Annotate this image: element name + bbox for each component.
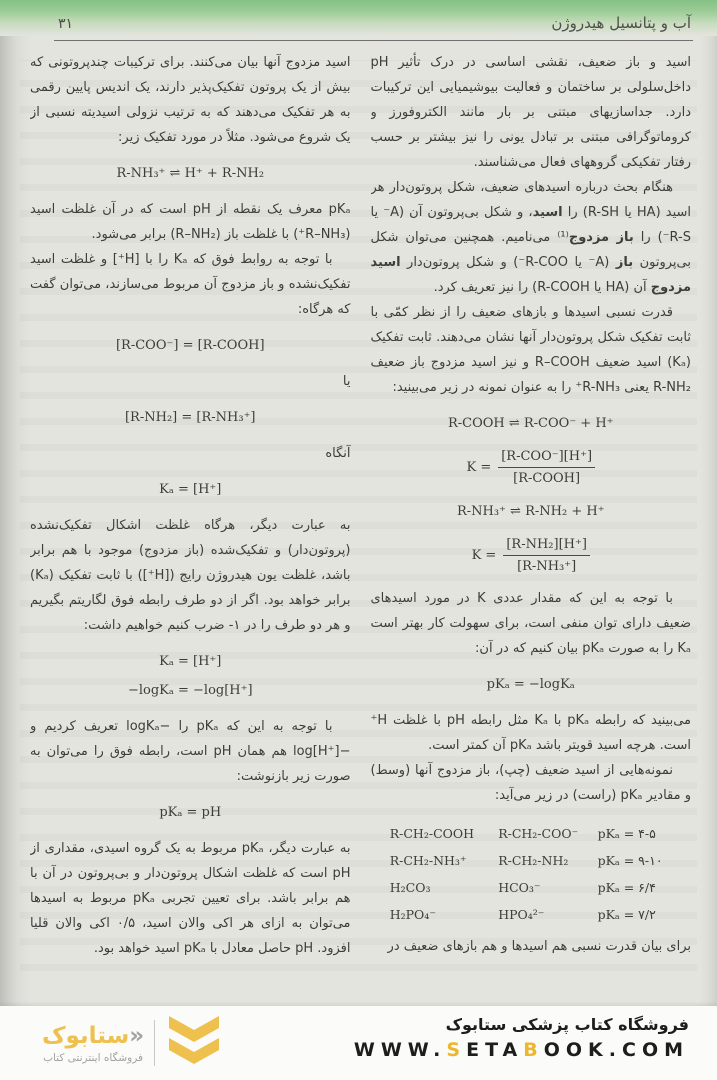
- acid-cell: R-CH₂-NH₃⁺: [390, 848, 498, 873]
- paragraph: می‌بینید که رابطه pKₐ با Kₐ مثل رابطه pH…: [371, 708, 692, 758]
- equation-k-cooh: K = [R-COO⁻][H⁺] [R-COOH]: [371, 447, 692, 488]
- logo-wordmark: «ستابوک: [42, 1023, 144, 1049]
- paragraph: اسید و باز ضعیف، نقشی اساسی در درک تأثیر…: [371, 50, 692, 175]
- paragraph: قدرت نسبی اسیدها و بازهای ضعیف را از نظر…: [371, 300, 692, 400]
- table-row: H₂PO₄⁻ HPO₄²⁻ pKₐ = ۷/۲: [390, 901, 691, 928]
- table-row: R-CH₂-COOH R-CH₂-COO⁻ pKₐ = ۴‎-‎۵: [390, 820, 691, 847]
- fraction-denominator: [R-COOH]: [498, 468, 595, 488]
- base-cell: HCO₃⁻: [498, 875, 597, 900]
- pka-cell: pKₐ = ۹‎-‎۱۰: [598, 848, 691, 873]
- acid-cell: H₂CO₃: [390, 875, 498, 900]
- paragraph: pKₐ معرف یک نقطه از pH است که در آن غلظت…: [30, 197, 351, 247]
- acid-cell: R-CH₂-COOH: [390, 821, 498, 846]
- paragraph: با توجه به روابط فوق که Kₐ را با [H⁺] و …: [30, 247, 351, 322]
- fraction-numerator: [R-COO⁻][H⁺]: [498, 447, 595, 468]
- base-cell: R-CH₂-NH₂: [498, 848, 597, 873]
- page-number: ٣١: [58, 16, 73, 32]
- table-row: R-CH₂-NH₃⁺ R-CH₂-NH₂ pKₐ = ۹‎-‎۱۰: [390, 847, 691, 874]
- page-body: اسید و باز ضعیف، نقشی اساسی در درک تأثیر…: [30, 50, 691, 1002]
- equation-lhs: K =: [466, 455, 491, 480]
- setabook-logo: «ستابوک فروشگاه اینترنتی کتاب: [42, 1014, 223, 1072]
- base-cell: R-CH₂-COO⁻: [498, 821, 597, 846]
- equation-equal-concentrations-cooh: [R-COO⁻] = [R-COOH]: [30, 333, 351, 358]
- equation-pka-definition: pKₐ = −logKₐ: [371, 672, 692, 697]
- equation-pka-equals-ph: pKₐ = pH: [30, 800, 351, 825]
- paragraph: به عبارت دیگر، pKₐ مربوط به یک گروه اسید…: [30, 836, 351, 961]
- page-header: ٣١ آب و پتانسیل هیدروژن: [34, 10, 691, 38]
- connector-word-then: آنگاه: [30, 441, 351, 466]
- logo-text-block: «ستابوک فروشگاه اینترنتی کتاب: [42, 1023, 144, 1064]
- left-column: اسید مزدوج آنها بیان می‌کنند. برای ترکیب…: [30, 50, 351, 1002]
- fraction: [R-COO⁻][H⁺] [R-COOH]: [498, 447, 595, 488]
- book-page: ٣١ آب و پتانسیل هیدروژن اسید و باز ضعیف،…: [0, 0, 717, 1080]
- logo-divider: [154, 1020, 155, 1066]
- pka-table: R-CH₂-COOH R-CH₂-COO⁻ pKₐ = ۴‎-‎۵ R-CH₂-…: [390, 820, 691, 928]
- table-row: H₂CO₃ HCO₃⁻ pKₐ = ۶/۴: [390, 874, 691, 901]
- paragraph: با توجه به این که pKₐ را −logKₐ تعریف کر…: [30, 714, 351, 789]
- connector-word-or: یا: [30, 369, 351, 394]
- equation-k-nh3: K = [R-NH₂][H⁺] [R-NH₃⁺]: [371, 535, 692, 576]
- footer-banner: «ستابوک فروشگاه اینترنتی کتاب فروشگاه کت…: [0, 1006, 717, 1080]
- fraction-numerator: [R-NH₂][H⁺]: [503, 535, 590, 556]
- equation-log-form: −logKₐ = −log[H⁺]: [30, 678, 351, 703]
- equation-lhs: K =: [472, 543, 497, 568]
- equation-ka-equals-h: Kₐ = [H⁺]: [30, 649, 351, 674]
- equation-dissociation-cooh: R-COOH ⇌ R-COO⁻ + H⁺: [371, 411, 692, 436]
- header-rule: [54, 40, 693, 41]
- equation-equal-concentrations-nh2: [R-NH₂] = [R-NH₃⁺]: [30, 405, 351, 430]
- pka-cell: pKₐ = ۶/۴: [598, 875, 691, 900]
- paragraph: به عبارت دیگر، هرگاه غلظت اشکال تفکیک‌نش…: [30, 513, 351, 638]
- footer-store-info: فروشگاه کتاب پزشکی ستابوک WWW.SETABOOK.C…: [354, 1015, 689, 1061]
- paragraph: هنگام بحث درباره اسیدهای ضعیف، شکل پروتو…: [371, 175, 692, 300]
- fraction: [R-NH₂][H⁺] [R-NH₃⁺]: [503, 535, 590, 576]
- pka-cell: pKₐ = ۴‎-‎۵: [598, 821, 691, 846]
- equation-dissociation-nh3: R-NH₃⁺ ⇌ R-NH₂ + H⁺: [371, 499, 692, 524]
- paragraph: با توجه به این که مقدار عددی K در مورد ا…: [371, 586, 692, 661]
- paragraph: برای بیان قدرت نسبی هم اسیدها و هم بازها…: [371, 934, 692, 959]
- fraction-denominator: [R-NH₃⁺]: [503, 556, 590, 576]
- chapter-title: آب و پتانسیل هیدروژن: [551, 14, 691, 32]
- website-url: WWW.SETABOOK.COM: [354, 1039, 689, 1061]
- paragraph: اسید مزدوج آنها بیان می‌کنند. برای ترکیب…: [30, 50, 351, 150]
- logo-tagline: فروشگاه اینترنتی کتاب: [43, 1052, 143, 1064]
- store-name: فروشگاه کتاب پزشکی ستابوک: [354, 1015, 689, 1034]
- equation-ka-equals-h: Kₐ = [H⁺]: [30, 477, 351, 502]
- equation-dissociation-nh3: R-NH₃⁺ ⇌ H⁺ + R-NH₂: [30, 161, 351, 186]
- pka-cell: pKₐ = ۷/۲: [598, 902, 691, 927]
- base-cell: HPO₄²⁻: [498, 902, 597, 927]
- right-column: اسید و باز ضعیف، نقشی اساسی در درک تأثیر…: [371, 50, 692, 1002]
- acid-cell: H₂PO₄⁻: [390, 902, 498, 927]
- paragraph: نمونه‌هایی از اسید ضعیف (چپ)، باز مزدوج …: [371, 758, 692, 808]
- double-chevron-icon: [165, 1014, 223, 1072]
